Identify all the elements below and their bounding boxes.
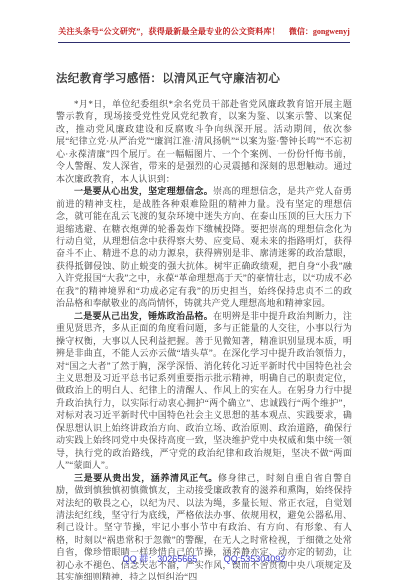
header-wechat-id: 微信：gongwenyj: [289, 27, 350, 36]
paragraph-lead: 三是要从贵出发，涵养清风正气。: [74, 473, 218, 483]
paragraph-text: *月*日，单位纪委组织*余名党员干部赴省党风廉政教育馆开展主题警示教育，现场接受…: [56, 99, 352, 184]
paragraph-text: 在明辨是非中提升政治判断力，注重见贤思齐，多从正面的角度看问题，多与正能量的人交…: [56, 311, 352, 470]
footer-contact: QQ 群：30265665 QQ:535304092: [0, 552, 408, 565]
qq-group-number: QQ 群：30265665: [123, 554, 198, 564]
paragraph-point-1: 一是要从心出发，坚定理想信念。崇高的理想信念，是共产党人奋勇前进的精神支柱，是战…: [56, 185, 352, 310]
paragraph-lead: 一是要从心出发，坚定理想信念。: [74, 186, 213, 196]
header-notice: 关注头条号“公文研究”，获得最新最全最专业的公文资料库！: [58, 27, 280, 36]
page-header: 关注头条号“公文研究”，获得最新最全最专业的公文资料库！ 微信：gongweny…: [0, 0, 408, 43]
paragraph-text: 崇高的理想信念，是共产党人奋勇前进的精神支柱，是战胜各种艰难险阻的精神力量。没有…: [56, 186, 352, 308]
header-divider: 关注头条号“公文研究”，获得最新最全最专业的公文资料库！ 微信：gongweny…: [58, 21, 350, 43]
paragraph-point-2: 二是要从己出发，锤炼政治品格。在明辨是非中提升政治判断力，注重见贤思齐，多从正面…: [56, 310, 352, 472]
document-title: 法纪教育学习感悟：以清风正气守廉洁初心: [56, 70, 352, 86]
paragraph-intro: *月*日，单位纪委组织*余名党员干部赴省党风廉政教育馆开展主题警示教育，现场接受…: [56, 98, 352, 185]
qq-number: QQ:535304092: [224, 554, 286, 564]
document-body: *月*日，单位纪委组织*余名党员干部赴省党风廉政教育馆开展主题警示教育，现场接受…: [56, 98, 352, 580]
paragraph-lead: 二是要从己出发，锤炼政治品格。: [74, 311, 213, 321]
